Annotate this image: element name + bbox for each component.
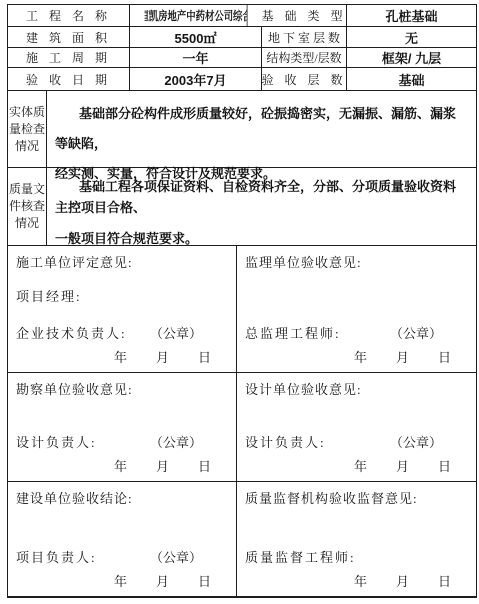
survey-unit-opinion-box: 勘察单位验收意见: 设计负责人: （公章） 年 月 日 xyxy=(8,373,237,481)
official-seal-placeholder: （公章） xyxy=(150,547,202,566)
building-area-value: 5500㎡ xyxy=(130,27,262,47)
document-check-para1: 基础工程各项保证资料、自检资料齐全，分部、分项质量验收资料主控项目合格、 xyxy=(55,176,466,218)
foundation-type-value: 孔桩基础 xyxy=(347,5,476,26)
structure-type-value: 框架/ 九层 xyxy=(347,48,476,67)
project-name-label: 工 程 名 称 xyxy=(8,5,130,26)
quality-supervision-engineer-line: 质量监督工程师: xyxy=(245,547,356,566)
acceptance-floors-label: 验 收 层 数 xyxy=(262,68,347,90)
quality-supervision-sign-area: 质量监督工程师: 年 月 日 xyxy=(245,547,468,590)
table-row: 建 筑 面 积 5500㎡ 地 下 室 层 数 无 xyxy=(8,27,476,48)
design-lead-line: 设计负责人: xyxy=(245,432,326,451)
date-line: 年 月 日 xyxy=(245,347,468,366)
quality-supervision-title: 质量监督机构验收监督意见: xyxy=(245,488,468,507)
document-check-label: 质量文件核查情况 xyxy=(8,168,47,245)
official-seal-placeholder: （公章） xyxy=(150,323,202,342)
project-name-value: 市恒凯房地产中药材公司综合楼 xyxy=(145,5,248,26)
table-row: 施 工 周 期 一年 结构类型/层数 框架/ 九层 xyxy=(8,48,476,68)
building-area-label: 建 筑 面 积 xyxy=(8,27,130,47)
project-info-table: 工 程 名 称 市恒凯房地产中药材公司综合楼 基 础 类 型 孔桩基础 建 筑 … xyxy=(8,5,476,91)
official-seal-placeholder: （公章） xyxy=(150,432,202,451)
supervision-unit-sign-area: 总监理工程师: （公章） 年 月 日 xyxy=(245,323,468,366)
supervision-unit-opinion-box: 监理单位验收意见: 总监理工程师: （公章） 年 月 日 xyxy=(237,246,476,372)
opinion-row-2: 勘察单位验收意见: 设计负责人: （公章） 年 月 日 设计单位验收意见: 设计… xyxy=(8,373,476,482)
project-lead-line: 项目负责人: xyxy=(16,547,97,566)
survey-unit-sign-area: 设计负责人: （公章） 年 月 日 xyxy=(16,432,228,475)
client-unit-conclusion-box: 建设单位验收结论: 项目负责人: （公章） 年 月 日 xyxy=(8,482,237,596)
construction-period-value: 一年 xyxy=(130,48,262,67)
opinion-row-1: 施工单位评定意见: 项目经理: 企业技术负责人: （公章） 年 月 日 监理单位… xyxy=(8,246,476,373)
project-manager-line: 项目经理: xyxy=(16,286,228,305)
construction-unit-opinion-box: 施工单位评定意见: 项目经理: 企业技术负责人: （公章） 年 月 日 xyxy=(8,246,237,372)
design-lead-line: 设计负责人: xyxy=(16,432,97,451)
survey-unit-opinion-title: 勘察单位验收意见: xyxy=(16,379,228,398)
quality-supervision-box: 质量监督机构验收监督意见: 质量监督工程师: 年 月 日 xyxy=(237,482,476,596)
acceptance-date-label: 验 收 日 期 xyxy=(8,68,130,90)
date-line: 年 月 日 xyxy=(16,347,228,366)
basement-floors-label: 地 下 室 层 数 xyxy=(262,27,347,47)
opinion-row-3: 建设单位验收结论: 项目负责人: （公章） 年 月 日 质量监督机构验收监督意见… xyxy=(8,482,476,596)
acceptance-date-value: 2003年7月 xyxy=(130,68,262,90)
table-row: 验 收 日 期 2003年7月 验 收 层 数 基础 xyxy=(8,68,476,91)
design-unit-opinion-title: 设计单位验收意见: xyxy=(245,379,468,398)
client-unit-sign-area: 项目负责人: （公章） 年 月 日 xyxy=(16,547,228,590)
design-unit-opinion-box: 设计单位验收意见: 设计负责人: （公章） 年 月 日 xyxy=(237,373,476,481)
table-row: 工 程 名 称 市恒凯房地产中药材公司综合楼 基 础 类 型 孔桩基础 xyxy=(8,5,476,27)
foundation-acceptance-form: 工 程 名 称 市恒凯房地产中药材公司综合楼 基 础 类 型 孔桩基础 建 筑 … xyxy=(7,4,477,598)
chief-supervision-engineer-line: 总监理工程师: xyxy=(245,323,341,342)
construction-unit-sign-area: 项目经理: 企业技术负责人: （公章） 年 月 日 xyxy=(16,286,228,366)
date-line: 年 月 日 xyxy=(245,456,468,475)
official-seal-placeholder: （公章） xyxy=(390,432,442,451)
design-unit-sign-area: 设计负责人: （公章） 年 月 日 xyxy=(245,432,468,475)
construction-unit-opinion-title: 施工单位评定意见: xyxy=(16,252,228,271)
document-check-section: 质量文件核查情况 基础工程各项保证资料、自检资料齐全，分部、分项质量验收资料主控… xyxy=(8,168,476,246)
physical-quality-label: 实体质量检查情况 xyxy=(8,91,47,167)
official-seal-placeholder: （公章） xyxy=(390,323,442,342)
physical-quality-section: 实体质量检查情况 基础部分砼构件成形质量较好，砼振捣密实，无漏振、漏筋、漏浆等缺… xyxy=(8,91,476,168)
construction-period-label: 施 工 周 期 xyxy=(8,48,130,67)
date-line: 年 月 日 xyxy=(16,456,228,475)
acceptance-form-page: 工 程 名 称 市恒凯房地产中药材公司综合楼 基 础 类 型 孔桩基础 建 筑 … xyxy=(0,0,479,604)
structure-type-label: 结构类型/层数 xyxy=(262,48,347,67)
physical-quality-line1: 基础部分砼构件成形质量较好，砼振捣密实，无漏振、漏筋、漏浆等缺陷， xyxy=(55,99,466,159)
enterprise-tech-lead-line: 企业技术负责人: xyxy=(16,323,127,342)
document-check-content: 基础工程各项保证资料、自检资料齐全，分部、分项质量验收资料主控项目合格、 一般项… xyxy=(47,168,476,245)
basement-floors-value: 无 xyxy=(347,27,476,47)
acceptance-floors-value: 基础 xyxy=(347,68,476,90)
physical-quality-content: 基础部分砼构件成形质量较好，砼振捣密实，无漏振、漏筋、漏浆等缺陷， 经实测、实量… xyxy=(47,91,476,167)
foundation-type-label: 基 础 类 型 xyxy=(262,5,347,26)
date-line: 年 月 日 xyxy=(16,571,228,590)
date-line: 年 月 日 xyxy=(245,571,468,590)
client-unit-conclusion-title: 建设单位验收结论: xyxy=(16,488,228,507)
supervision-unit-opinion-title: 监理单位验收意见: xyxy=(245,252,468,271)
